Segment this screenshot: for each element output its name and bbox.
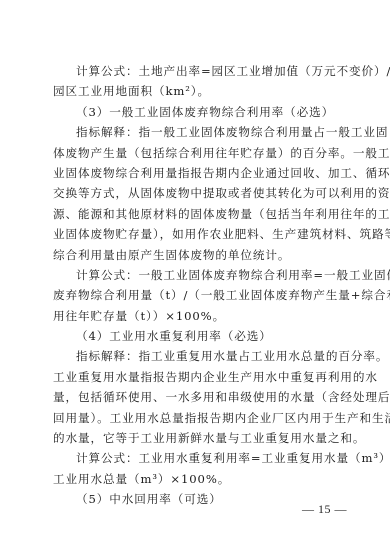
paragraph-line: 体废物产生量（包括综合利用往年贮存量）的百分率。一般工 [53, 143, 336, 163]
paragraph-line: 源、能源和其他原材料的固体废物量（包括当年利用往年的工 [53, 204, 336, 224]
paragraph-line: 回用量）。工业用水总量指报告期内企业厂区内用于生产和生活 [53, 408, 336, 428]
page-number: — 15 — [302, 502, 347, 517]
paragraph-line: 业固体废物贮存量），如用作农业肥料、生产建筑材料、筑路等。 [53, 224, 336, 244]
paragraph-line: 交换等方式，从固体废物中提取或者使其转化为可以利用的资 [53, 183, 336, 203]
section-heading-3: （3）一般工业固体废弃物综合利用率（必选） [53, 102, 336, 122]
section-heading-4: （4）工业用水重复利用率（必选） [53, 326, 336, 346]
formula-solid-waste-rate-cont: 用往年贮存量（t））×100%。 [53, 306, 336, 326]
paragraph-line: 量，包括循环使用、一水多用和串级使用的水量（含经处理后 [53, 387, 336, 407]
document-body: 计算公式：土地产出率=园区工业增加值（万元不变价）/ 园区工业用地面积（km²）… [53, 61, 336, 510]
formula-solid-waste-rate-cont: 废弃物综合利用量（t）/（一般工业固体废弃物产生量+综合利 [53, 285, 336, 305]
paragraph-line: 的水量，它等于工业用新鲜水量与工业重复用水量之和。 [53, 428, 336, 448]
formula-water-reuse-rate: 计算公式：工业用水重复利用率=工业重复用水量（m³）/ [53, 448, 336, 468]
formula-land-output-rate: 计算公式：土地产出率=园区工业增加值（万元不变价）/ [53, 61, 336, 81]
formula-solid-waste-rate: 计算公式：一般工业固体废弃物综合利用率=一般工业固体 [53, 265, 336, 285]
document-page: 计算公式：土地产出率=园区工业增加值（万元不变价）/ 园区工业用地面积（km²）… [0, 0, 390, 551]
paragraph-line: 指标解释：指一般工业固体废物综合利用量占一般工业固 [53, 122, 336, 142]
paragraph-line: 工业重复用水量指报告期内企业生产用水中重复再利用的水 [53, 367, 336, 387]
paragraph-line: 综合利用量由原产生固体废物的单位统计。 [53, 245, 336, 265]
paragraph-line: 业固体废物综合利用量指报告期内企业通过回收、加工、循环、 [53, 163, 336, 183]
formula-land-output-rate-cont: 园区工业用地面积（km²）。 [53, 81, 336, 101]
paragraph-line: 指标解释：指工业重复用水量占工业用水总量的百分率。 [53, 346, 336, 366]
section-heading-5: （5）中水回用率（可选） [53, 489, 336, 509]
formula-water-reuse-rate-cont: 工业用水总量（m³）×100%。 [53, 469, 336, 489]
